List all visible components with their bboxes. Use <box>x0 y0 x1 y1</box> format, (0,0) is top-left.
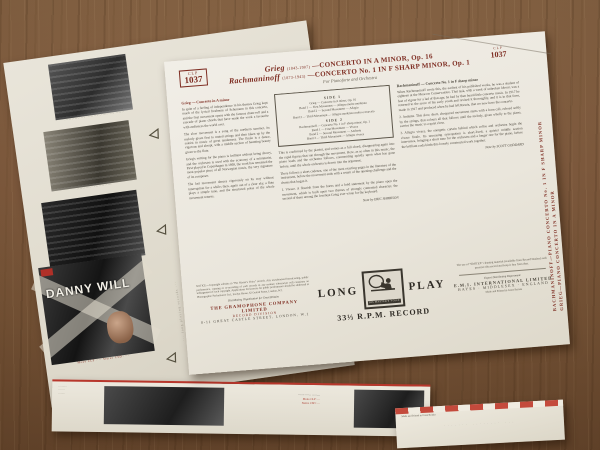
bottom-sleeve-text-column: ·········· ···· ··· ········ <box>58 385 99 428</box>
caption-catalog-stereo: Stereo CSD ···· <box>230 400 320 405</box>
singer-face <box>105 310 135 345</box>
album-cover-photo <box>48 54 133 120</box>
tiny-text-line: ········ <box>58 392 98 396</box>
liner-notes-right-column: Rachmaninoff — Concerto No. 1 in F sharp… <box>397 74 533 261</box>
hmv-dog-gramophone-icon <box>367 272 399 294</box>
paragraph-list: This is confirmed by the pianist, and co… <box>279 142 399 201</box>
album-cover-photo <box>43 120 137 191</box>
catalog-number: 1037 <box>490 50 507 59</box>
liner-notes-middle-column: SIDE 1 Grieg — Concerto in A minor, Op. … <box>274 85 404 272</box>
liner-notes-columns: Grieg — Concerto in A minor In spite of … <box>181 73 550 279</box>
bottom-sleeve-caption: ······· ······ ··· ····· Mono CLP ···· S… <box>230 388 321 431</box>
album-thumbnail: ·············· ········ ·········· ·····… <box>48 54 134 124</box>
catalog-number-right: CLP 1037 <box>490 46 507 59</box>
text-line: In spite of a feeling of independence in… <box>182 101 269 130</box>
hmv-logo: HIS MASTER'S VOICE <box>362 268 406 309</box>
long-label: LONG <box>317 285 358 300</box>
bottom-record-sleeve-edge: ·········· ···· ··· ········ ······· ···… <box>52 379 431 436</box>
track-listing-box: SIDE 1 Grieg — Concerto in A minor, Op. … <box>274 85 394 148</box>
text-line: The last movement dances vigorously on i… <box>188 176 275 201</box>
hmv-banner-text: HIS MASTER'S VOICE <box>368 299 401 305</box>
photo-highlight <box>40 260 154 359</box>
catalog-number: 1037 <box>184 75 203 85</box>
photo-of-record-sleeves: ·············· ········ ·········· ·····… <box>0 0 600 450</box>
thumbnail-column: ·············· ········ ·········· ·····… <box>48 54 153 264</box>
play-label: PLAY <box>408 278 446 293</box>
inner-liner-flap: Made and Printed in Great Britain ······… <box>395 400 565 449</box>
album-cover-photo: DANNY WILL <box>38 254 155 366</box>
composer-dates: (1873-1943) <box>282 74 306 81</box>
main-record-sleeve-back: CLP 1037 Grieg (1843-1907) —CONCERTO IN … <box>164 31 570 375</box>
emi-export-block: The use of “EMITEX” cleaning material (a… <box>452 256 554 296</box>
paragraph-list: When Rachmaninoff wrote this, the earlie… <box>397 80 523 149</box>
copyright-notice-block: NOTICE.—Copyright subsists in “His Maste… <box>196 276 312 325</box>
text-line: The slow movement is a song of the north… <box>184 126 271 155</box>
catalog-number-box: CLP 1037 <box>179 68 208 87</box>
photo-texture <box>43 120 137 191</box>
triangle-icon <box>165 352 178 365</box>
album-thumbnail: ··········· ············ <box>43 120 137 195</box>
long-play-block: LONG HIS MASTER'S VOICE PLAY 33⅓ R.P.M <box>316 265 448 324</box>
hmv-red-logo-chip <box>40 268 53 277</box>
album-cover-photo <box>104 386 225 426</box>
album-thumbnail-danny-williams: DANNY WILL Mono CLP ···· Stereo CSD ···· <box>38 254 155 369</box>
paragraph-list: In spite of a feeling of independence in… <box>182 101 275 201</box>
text-line: Grieg's writing for the piano is brillia… <box>186 151 273 180</box>
liner-notes-left-column: Grieg — Concerto in A minor In spite of … <box>181 95 281 279</box>
blind-stamp-text: ······· ········ ··· <box>396 418 564 431</box>
photo-texture <box>48 54 133 120</box>
emitex-note: The use of “EMITEX” cleaning material (a… <box>452 256 552 272</box>
triangle-icon <box>148 128 161 141</box>
